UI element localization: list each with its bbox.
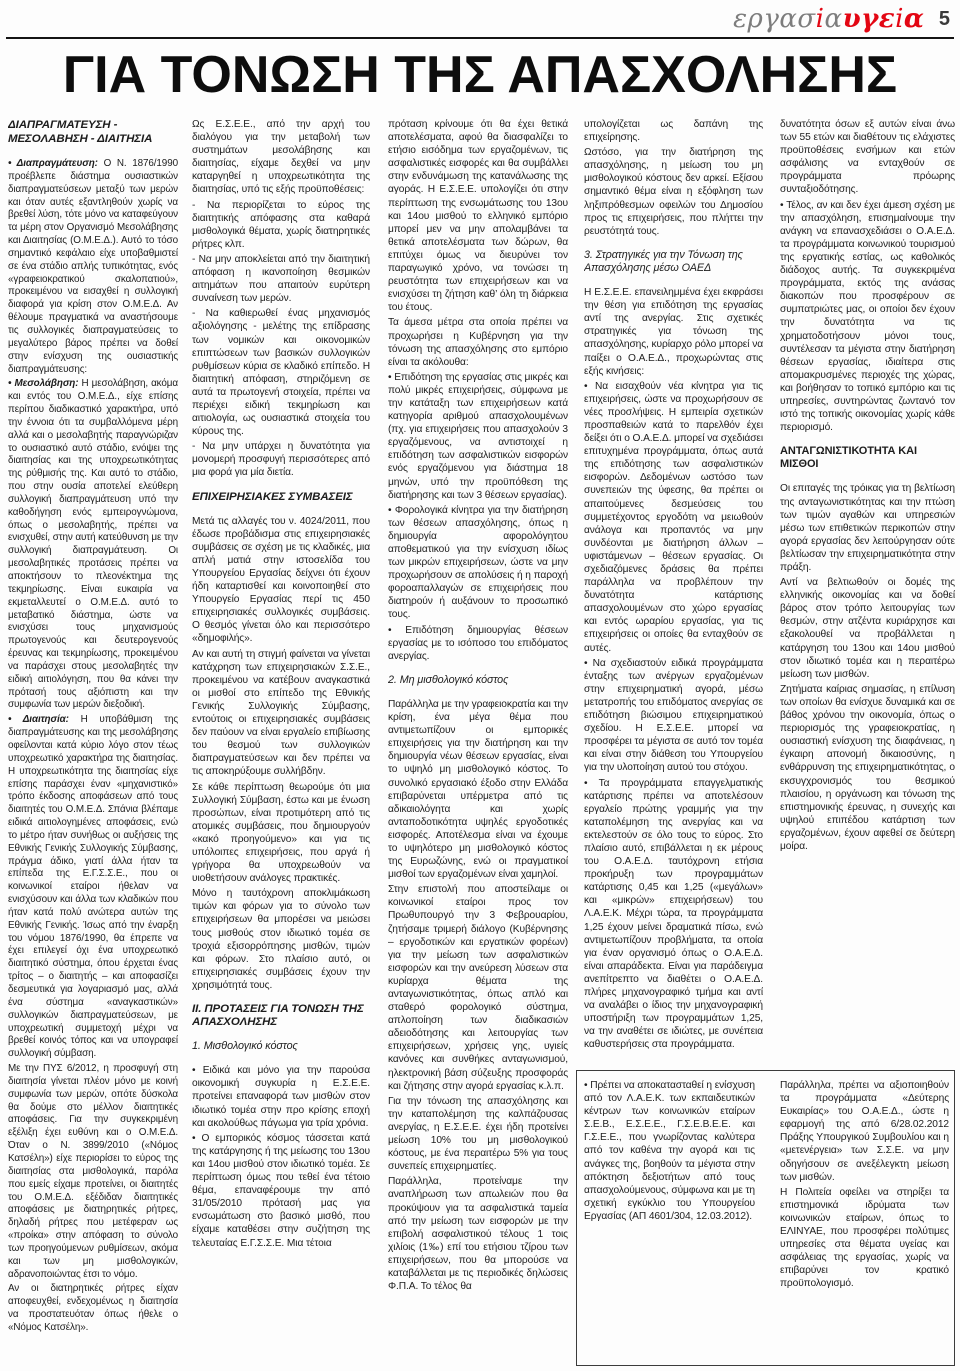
- paragraph-text: Για την τόνωση της απασχόλησης και την κ…: [388, 1096, 568, 1172]
- paragraph-text: • Ο εμπορικός κόσμος τάσσεται κατά της κ…: [192, 1133, 370, 1249]
- article-column-1: ΔΙΑΠΡΑΓΜΑΤΕΥΣΗ - ΜΕΣΟΛΑΒΗΣΗ - ΔΙΑΙΤΗΣΙΑ•…: [8, 118, 178, 1371]
- paragraph-text: Μόνο η ταυτόχρονη αποκλιμάκωση τιμών και…: [192, 888, 370, 991]
- paragraph-lead: • Διαπραγμάτευση:: [8, 158, 98, 169]
- paragraph-text: Παράλληλα, πρέπει να αξιοποιηθούν τα προ…: [780, 1080, 949, 1183]
- paragraph: Αν οι διατηρητικές ρήτρες είχαν αποφευχθ…: [8, 1283, 178, 1334]
- paragraph-text: ΕΠΙΧΕΙΡΗΣΙΑΚΕΣ ΣΥΜΒΑΣΕΙΣ: [192, 491, 353, 503]
- paragraph-text: Ωστόσο, για την διατήρηση της απασχόληση…: [584, 147, 763, 237]
- paragraph: • Μεσολάβηση: Η μεσολάβηση, ακόμα και εν…: [8, 378, 178, 712]
- paragraph: Παράλληλα, πρέπει να αξιοποιηθούν τα προ…: [780, 1079, 949, 1184]
- logo-segment: υγε: [843, 4, 896, 34]
- paragraph-text: Μετά τις αλλαγές του ν. 4024/2011, που έ…: [192, 516, 370, 645]
- paragraph: Τα άμεσα μέτρα στα οποία πρέπει να προχω…: [388, 316, 568, 368]
- paragraph-lead: • Μεσολάβηση:: [8, 378, 78, 389]
- article-column-4: υπολογίζεται ως δαπάνη της επιχείρησης.Ω…: [584, 118, 763, 1066]
- paragraph: • Τα προγράμματα επαγγελματικής κατάρτισ…: [584, 777, 763, 1052]
- paragraph-text: - Να μην αποκλείεται από την διαιτητική …: [192, 254, 370, 304]
- paragraph-text: Οι επιταγές της τρόικας για τη βελτίωση …: [780, 483, 955, 573]
- paragraph-text: • Πρέπει να αποκατασταθεί η ενίσχυση από…: [584, 1080, 755, 1222]
- paragraph-text: • Τέλος, αν και δεν έχει άμεση σχέση με …: [780, 200, 955, 434]
- paragraph-text: Στην επιστολή που αποστείλαμε οι κοινωνι…: [388, 884, 568, 1091]
- paragraph-text: ΙΙ. ΠΡΟΤΑΣΕΙΣ ΓΙΑ ΤΟΝΩΣΗ ΤΗΣ ΑΠΑΣΧΟΛΗΣΗΣ: [192, 1003, 364, 1028]
- paragraph-text: • Επιδότηση της εργασίας στις μικρές και…: [388, 372, 568, 501]
- article-column-5: δυνατότητα όσων εξ αυτών είναι άνω των 5…: [780, 118, 955, 1066]
- paragraph-text: δυνατότητα όσων εξ αυτών είναι άνω των 5…: [780, 119, 955, 195]
- paragraph: Μόνο η ταυτόχρονη αποκλιμάκωση τιμών και…: [192, 887, 370, 992]
- paragraph: • Φορολογικά κίνητρα για την διατήρηση τ…: [388, 504, 568, 622]
- paragraph: • Ειδικά και μόνο για την παρούσα οικονο…: [192, 1064, 370, 1129]
- section-heading: 1. Μισθολογικό κόστος: [192, 1040, 370, 1053]
- paragraph-text: Αν και αυτή τη στιγμή φαίνεται να γίνετα…: [192, 649, 370, 778]
- section-heading: ΑΝΤΑΓΩΝΙΣΤΙΚΟΤΗΤΑ ΚΑΙ ΜΙΣΘΟΙ: [780, 445, 955, 471]
- section-heading: ΔΙΑΠΡΑΓΜΑΤΕΥΣΗ - ΜΕΣΟΛΑΒΗΣΗ - ΔΙΑΙΤΗΣΙΑ: [8, 118, 178, 146]
- paragraph: Η Ε.Σ.Ε.Ε. επανειλημμένα έχει εκφράσει τ…: [584, 286, 763, 378]
- paragraph-text: Με την ΠΥΣ 6/2012, η προσφυγή στη διαιτη…: [8, 1063, 178, 1280]
- paragraph-text: Αν οι διατηρητικές ρήτρες είχαν αποφευχθ…: [8, 1283, 178, 1333]
- paragraph-text: • Τα προγράμματα επαγγελματικής κατάρτισ…: [584, 778, 763, 1051]
- paragraph-text: ΑΝΤΑΓΩΝΙΣΤΙΚΟΤΗΤΑ ΚΑΙ ΜΙΣΘΟΙ: [780, 445, 917, 470]
- magazine-logo: εργασiαυγεiα: [733, 4, 924, 34]
- paragraph: • Να σχεδιαστούν ειδικά προγράμματα έντα…: [584, 657, 763, 775]
- article-column-3: πρόταση κρίνουμε ότι θα έχει θετικά αποτ…: [388, 118, 568, 1371]
- paragraph-text: 2. Μη μισθολογικό κόστος: [388, 674, 508, 686]
- paragraph: Η Πολιτεία οφείλει να στηρίξει τα επιστη…: [780, 1186, 949, 1291]
- paragraph-text: πρόταση κρίνουμε ότι θα έχει θετικά αποτ…: [388, 119, 568, 313]
- paragraph: - Να περιορίζεται το εύρος της διαιτητικ…: [192, 199, 370, 251]
- paragraph: Ζητήματα καίριας σημασίας, η επίλυση των…: [780, 683, 955, 853]
- paragraph: • Να εισαχθούν νέα κίνητρα για τις επιχε…: [584, 380, 763, 655]
- logo-segment: i: [816, 4, 825, 34]
- paragraph-text: • Να εισαχθούν νέα κίνητρα για τις επιχε…: [584, 381, 763, 654]
- paragraph: Μετά τις αλλαγές του ν. 4024/2011, που έ…: [192, 515, 370, 646]
- highlight-box-column-left: • Πρέπει να αποκατασταθεί η ενίσχυση από…: [584, 1079, 755, 1361]
- paragraph-text: υπολογίζεται ως δαπάνη της επιχείρησης.: [584, 119, 763, 143]
- paragraph: πρόταση κρίνουμε ότι θα έχει θετικά αποτ…: [388, 118, 568, 314]
- paragraph-text: Τα άμεσα μέτρα στα οποία πρέπει να προχω…: [388, 317, 568, 367]
- masthead-rule: [6, 37, 954, 39]
- paragraph: Σε κάθε περίπτωση θεωρούμε ότι μια Συλλο…: [192, 781, 370, 886]
- paragraph: Για την τόνωση της απασχόλησης και την κ…: [388, 1095, 568, 1174]
- paragraph: • Διαπραγμάτευση: Ο Ν. 1876/1990 προέβλε…: [8, 158, 178, 376]
- masthead: εργασiαυγεiα 5: [0, 4, 950, 36]
- logo-segment: α: [904, 4, 925, 34]
- paragraph: • Επιδότηση της εργασίας στις μικρές και…: [388, 371, 568, 502]
- paragraph: - Να μην αποκλείεται από την διαιτητική …: [192, 253, 370, 305]
- paragraph-text: - Να μην υπάρχει η δυνατότητα για μονομε…: [192, 441, 370, 478]
- paragraph: Οι επιταγές της τρόικας για τη βελτίωση …: [780, 482, 955, 574]
- paragraph-text: • Φορολογικά κίνητρα για την διατήρηση τ…: [388, 505, 568, 621]
- paragraph-text: - Να καθιερωθεί ένας μηχανισμός αξιολόγη…: [192, 308, 370, 437]
- paragraph: Αντί να βελτιωθούν οι δομές της ελληνική…: [780, 576, 955, 681]
- paragraph-text: • Επιδότηση δημιουργίας θέσεων εργασίας …: [388, 625, 568, 662]
- paragraph-text: Η μεσολάβηση, ακόμα και εντός του Ο.Μ.Ε.…: [8, 378, 178, 710]
- paragraph-text: Παράλληλα με την γραφειοκρατία και την κ…: [388, 699, 568, 880]
- logo-segment: εργασ: [733, 4, 816, 34]
- paragraph: • Τέλος, αν και δεν έχει άμεση σχέση με …: [780, 199, 955, 435]
- logo-segment: i: [895, 4, 904, 34]
- section-heading: 3. Στρατηγικές για την Τόνωση της Απασχό…: [584, 249, 763, 275]
- paragraph: Παράλληλα, προτείναμε την αναπλήρωση των…: [388, 1175, 568, 1293]
- paragraph-text: 3. Στρατηγικές για την Τόνωση της Απασχό…: [584, 249, 743, 274]
- paragraph-text: Ο Ν. 1876/1990 προέβλεπε διάστημα ουσιασ…: [8, 158, 178, 375]
- paragraph: • Διαιτησία: Η υποβάθμιση της διαπραγμάτ…: [8, 714, 178, 1061]
- paragraph: Στην επιστολή που αποστείλαμε οι κοινωνι…: [388, 883, 568, 1093]
- section-heading: ΙΙ. ΠΡΟΤΑΣΕΙΣ ΓΙΑ ΤΟΝΩΣΗ ΤΗΣ ΑΠΑΣΧΟΛΗΣΗΣ: [192, 1003, 370, 1029]
- paragraph: - Να καθιερωθεί ένας μηχανισμός αξιολόγη…: [192, 307, 370, 438]
- paragraph-text: Αντί να βελτιωθούν οι δομές της ελληνική…: [780, 577, 955, 680]
- paragraph: • Ο εμπορικός κόσμος τάσσεται κατά της κ…: [192, 1132, 370, 1250]
- paragraph: • Επιδότηση δημιουργίας θέσεων εργασίας …: [388, 624, 568, 663]
- paragraph-text: Η υποβάθμιση της διαπραγμάτευσης και της…: [8, 714, 178, 1059]
- article-headline: ΓΙΑ ΤΟΝΩΣΗ ΤΗΣ ΑΠΑΣΧΟΛΗΣΗΣ: [0, 42, 960, 112]
- paragraph: • Πρέπει να αποκατασταθεί η ενίσχυση από…: [584, 1079, 755, 1223]
- paragraph-text: Ως Ε.Σ.Ε.Ε., από την αρχή του διαλόγου γ…: [192, 119, 370, 195]
- paragraph: Παράλληλα με την γραφειοκρατία και την κ…: [388, 698, 568, 881]
- paragraph-text: • Να σχεδιαστούν ειδικά προγράμματα έντα…: [584, 658, 763, 774]
- highlight-box-column-right: Παράλληλα, πρέπει να αξιοποιηθούν τα προ…: [780, 1079, 949, 1361]
- section-heading: 2. Μη μισθολογικό κόστος: [388, 674, 568, 687]
- page-number: 5: [939, 8, 950, 31]
- paragraph-text: Παράλληλα, προτείναμε την αναπλήρωση των…: [388, 1176, 568, 1292]
- paragraph-text: Η Ε.Σ.Ε.Ε. επανειλημμένα έχει εκφράσει τ…: [584, 287, 763, 377]
- paragraph-lead: • Διαιτησία:: [8, 714, 69, 725]
- paragraph: υπολογίζεται ως δαπάνη της επιχείρησης.: [584, 118, 763, 144]
- article-column-2: Ως Ε.Σ.Ε.Ε., από την αρχή του διαλόγου γ…: [192, 118, 370, 1371]
- paragraph: δυνατότητα όσων εξ αυτών είναι άνω των 5…: [780, 118, 955, 197]
- paragraph: Αν και αυτή τη στιγμή φαίνεται να γίνετα…: [192, 648, 370, 779]
- paragraph: Ως Ε.Σ.Ε.Ε., από την αρχή του διαλόγου γ…: [192, 118, 370, 197]
- paragraph-text: ΔΙΑΠΡΑΓΜΑΤΕΥΣΗ - ΜΕΣΟΛΑΒΗΣΗ - ΔΙΑΙΤΗΣΙΑ: [8, 119, 152, 145]
- paragraph: Ωστόσο, για την διατήρηση της απασχόληση…: [584, 146, 763, 238]
- paragraph-text: Η Πολιτεία οφείλει να στηρίξει τα επιστη…: [780, 1187, 949, 1290]
- paragraph: Με την ΠΥΣ 6/2012, η προσφυγή στη διαιτη…: [8, 1063, 178, 1281]
- paragraph-text: - Να περιορίζεται το εύρος της διαιτητικ…: [192, 200, 370, 250]
- paragraph: - Να μην υπάρχει η δυνατότητα για μονομε…: [192, 440, 370, 479]
- section-heading: ΕΠΙΧΕΙΡΗΣΙΑΚΕΣ ΣΥΜΒΑΣΕΙΣ: [192, 491, 370, 504]
- paragraph-text: 1. Μισθολογικό κόστος: [192, 1040, 298, 1052]
- paragraph-text: • Ειδικά και μόνο για την παρούσα οικονο…: [192, 1065, 370, 1128]
- logo-segment: α: [825, 4, 843, 34]
- paragraph-text: Σε κάθε περίπτωση θεωρούμε ότι μια Συλλο…: [192, 782, 370, 885]
- paragraph-text: Ζητήματα καίριας σημασίας, η επίλυση των…: [780, 684, 955, 852]
